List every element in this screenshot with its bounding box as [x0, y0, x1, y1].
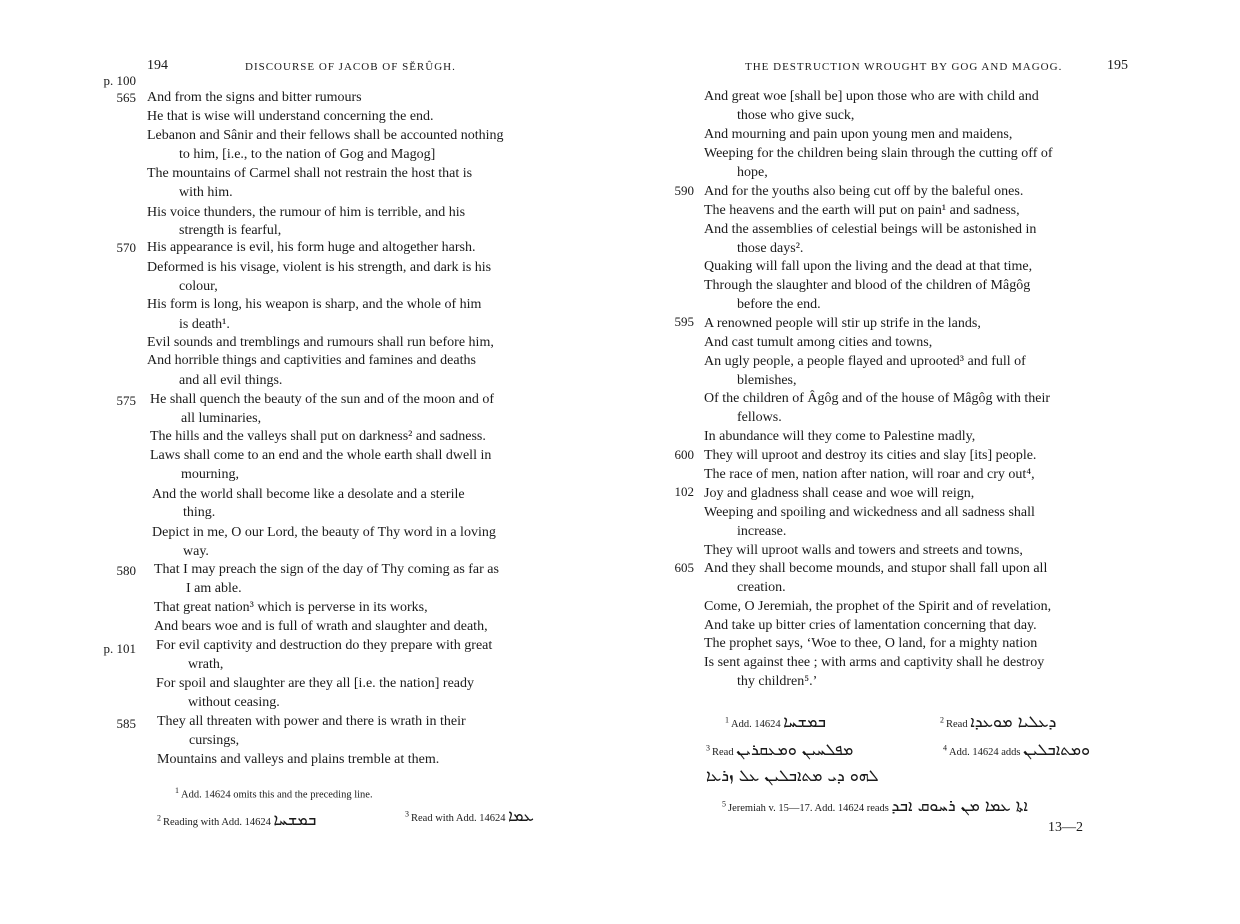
footnote-text: Add. 14624 adds — [949, 747, 1023, 758]
verse-line: And horrible things and captivities and … — [147, 351, 476, 370]
footnote: 2 Reading with Add. 14624 ܒܡܫܚܐ — [157, 810, 316, 830]
verse-line: And for the youths also being cut off by… — [704, 182, 1023, 201]
verse-line: They will uproot walls and towers and st… — [704, 541, 1023, 560]
verse-line: Joy and gladness shall cease and woe wil… — [704, 484, 974, 503]
verse-line: That great nation³ which is perverse in … — [154, 598, 428, 617]
signature-mark: 13—2 — [1048, 820, 1083, 836]
verse-line: A renowned people will stir up strife in… — [704, 314, 981, 333]
verse-line: Laws shall come to an end and the whole … — [150, 446, 491, 465]
footnote: 3 Read ܡܦܠܚܝܢ ܘܡܥܩܪܝܢ — [706, 740, 853, 760]
margin-note: 585 — [117, 716, 137, 732]
verse-line: to him, [i.e., to the nation of Gog and … — [179, 145, 435, 164]
footnote-text: Read — [712, 747, 736, 758]
verse-line: The race of men, nation after nation, wi… — [704, 465, 1035, 484]
verse-line: They all threaten with power and there i… — [157, 712, 466, 731]
verse-line: thing. — [183, 503, 215, 522]
verse-line: And the world shall become like a desola… — [152, 485, 465, 504]
verse-line: Deformed is his visage, violent is his s… — [147, 258, 491, 277]
footnote-text: Read with Add. 14624 — [411, 813, 508, 824]
verse-line: those who give suck, — [737, 106, 854, 125]
verse-line: In abundance will they come to Palestine… — [704, 427, 975, 446]
syriac-text: ܡܦܠܚܝܢ ܘܡܥܩܪܝܢ — [736, 740, 853, 759]
verse-line: And cast tumult among cities and towns, — [704, 333, 932, 352]
verse-line: hope, — [737, 163, 768, 182]
verse-line: Weeping and spoiling and wickedness and … — [704, 503, 1035, 522]
verse-line: Quaking will fall upon the living and th… — [704, 257, 1032, 276]
left-page: 194 DISCOURSE OF JACOB OF SĔRÛGH. p. 100… — [0, 0, 620, 924]
syriac-text: ܒܡܫܚܐ — [274, 810, 317, 829]
margin-note: 570 — [117, 240, 137, 256]
verse-line: They will uproot and destroy its cities … — [704, 446, 1036, 465]
right-page: THE DESTRUCTION WROUGHT BY GOG AND MAGOG… — [620, 0, 1240, 924]
verse-line: And bears woe and is full of wrath and s… — [154, 617, 488, 636]
footnote: ܠܗܘ ܕܝ ܡܬܐܒܠܝܢ ܥܠ ܙܪܥܐ — [706, 766, 879, 786]
verse-line: colour, — [179, 277, 218, 296]
verse-line: Through the slaughter and blood of the c… — [704, 276, 1030, 295]
syriac-text: ܘܡܬܐܒܠܝܢ — [1023, 740, 1090, 759]
footnote-text: Add. 14624 — [731, 719, 783, 730]
footnote: 5 Jeremiah v. 15—17. Add. 14624 reads ܐܬ… — [722, 796, 1028, 816]
syriac-text: ܠܗܘ ܕܝ ܡܬܐܒܠܝܢ ܥܠ ܙܪܥܐ — [706, 766, 879, 785]
margin-note: 575 — [117, 393, 137, 409]
verse-line: Mountains and valleys and plains tremble… — [157, 750, 439, 769]
margin-note: p. 101 — [104, 641, 137, 657]
footnote: 3 Read with Add. 14624 ܥܡܐ — [405, 806, 534, 826]
margin-note: p. 100 — [104, 73, 137, 89]
verse-line: An ugly people, a people flayed and upro… — [704, 352, 1026, 371]
footnote: 1 Add. 14624 omits this and the precedin… — [175, 786, 373, 801]
syriac-text: ܐܬܐ ܥܡܐ ܡܢ ܪܚܘܩ ܐܒܕ — [892, 796, 1028, 815]
margin-note: 605 — [675, 560, 695, 576]
margin-note: 565 — [117, 90, 137, 106]
verse-line: And mourning and pain upon young men and… — [704, 125, 1012, 144]
margin-note: 102 — [675, 484, 695, 500]
page-number: 195 — [1107, 58, 1128, 74]
verse-line: creation. — [737, 578, 786, 597]
verse-line: Lebanon and Sânir and their fellows shal… — [147, 126, 504, 145]
margin-note: 595 — [675, 314, 695, 330]
verse-line: those days². — [737, 239, 803, 258]
verse-line: I am able. — [186, 579, 242, 598]
footnote: 2 Read ܕܥܠܝܐ ܡܘܥܕܐ — [940, 712, 1056, 732]
verse-line: way. — [183, 542, 209, 561]
footnote-text: Jeremiah v. 15—17. Add. 14624 reads — [728, 803, 892, 814]
footnote-text: Read — [946, 719, 970, 730]
verse-line: And they shall become mounds, and stupor… — [704, 559, 1047, 578]
syriac-text: ܒܡܫܚܐ — [783, 712, 826, 731]
verse-line: And from the signs and bitter rumours — [147, 88, 362, 107]
verse-line: is death¹. — [179, 315, 230, 334]
verse-line: and all evil things. — [179, 371, 282, 390]
syriac-text: ܥܡܐ — [508, 806, 534, 825]
margin-note: 600 — [675, 447, 695, 463]
verse-line: His form is long, his weapon is sharp, a… — [147, 295, 481, 314]
verse-line: with him. — [179, 183, 233, 202]
margin-note: 580 — [117, 563, 137, 579]
footnote: 4 Add. 14624 adds ܘܡܬܐܒܠܝܢ — [943, 740, 1090, 760]
verse-line: Of the children of Âgôg and of the house… — [704, 389, 1050, 408]
running-head: THE DESTRUCTION WROUGHT BY GOG AND MAGOG… — [745, 61, 1062, 73]
verse-line: Is sent against thee ; with arms and cap… — [704, 653, 1044, 672]
verse-line: blemishes, — [737, 371, 797, 390]
syriac-text: ܕܥܠܝܐ ܡܘܥܕܐ — [970, 712, 1056, 731]
running-head: DISCOURSE OF JACOB OF SĔRÛGH. — [245, 61, 456, 73]
verse-line: The hills and the valleys shall put on d… — [150, 427, 486, 446]
verse-line: His appearance is evil, his form huge an… — [147, 238, 476, 257]
verse-line: Come, O Jeremiah, the prophet of the Spi… — [704, 597, 1051, 616]
verse-line: wrath, — [188, 655, 223, 674]
verse-line: His voice thunders, the rumour of him is… — [147, 203, 465, 222]
footnote: 1 Add. 14624 ܒܡܫܚܐ — [725, 712, 826, 732]
footnote-text: Reading with Add. 14624 — [163, 817, 274, 828]
verse-line: For spoil and slaughter are they all [i.… — [156, 674, 474, 693]
verse-line: He shall quench the beauty of the sun an… — [150, 390, 494, 409]
verse-line: And great woe [shall be] upon those who … — [704, 87, 1039, 106]
verse-line: before the end. — [737, 295, 821, 314]
margin-note: 590 — [675, 183, 695, 199]
verse-line: mourning, — [181, 465, 239, 484]
verse-line: And the assemblies of celestial beings w… — [704, 220, 1036, 239]
verse-line: all luminaries, — [181, 409, 261, 428]
verse-line: The mountains of Carmel shall not restra… — [147, 164, 472, 183]
verse-line: fellows. — [737, 408, 782, 427]
verse-line: And take up bitter cries of lamentation … — [704, 616, 1037, 635]
verse-line: without ceasing. — [188, 693, 280, 712]
verse-line: For evil captivity and destruction do th… — [156, 636, 492, 655]
verse-line: That I may preach the sign of the day of… — [154, 560, 499, 579]
verse-line: The prophet says, ‘Woe to thee, O land, … — [704, 634, 1037, 653]
verse-line: cursings, — [189, 731, 239, 750]
verse-line: He that is wise will understand concerni… — [147, 107, 434, 126]
verse-line: The heavens and the earth will put on pa… — [704, 201, 1020, 220]
verse-line: increase. — [737, 522, 786, 541]
verse-line: thy children⁵.’ — [737, 672, 817, 691]
footnote-text: Add. 14624 omits this and the preceding … — [181, 790, 373, 801]
verse-line: Depict in me, O our Lord, the beauty of … — [152, 523, 496, 542]
verse-line: Weeping for the children being slain thr… — [704, 144, 1053, 163]
verse-line: Evil sounds and tremblings and rumours s… — [147, 333, 494, 352]
page-number: 194 — [147, 58, 168, 74]
